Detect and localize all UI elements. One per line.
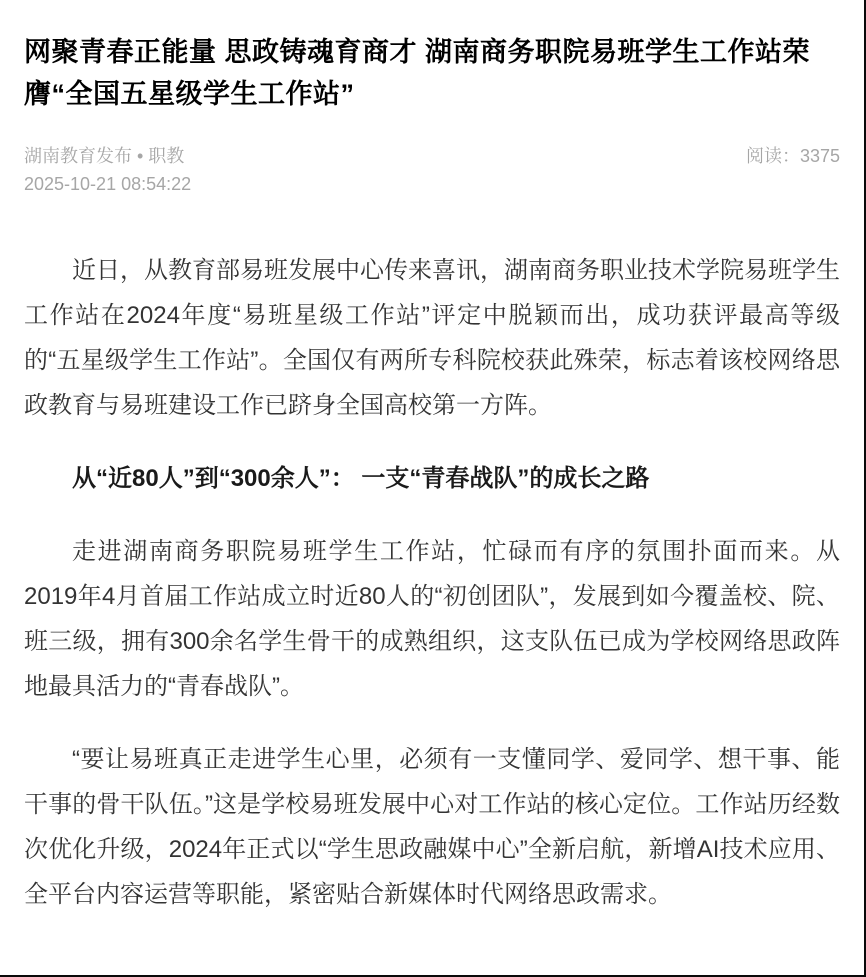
paragraph-growth: 走进湖南商务职院易班学生工作站，忙碌而有序的氛围扑面而来。从2019年4月首届工… [24, 529, 840, 709]
article-datetime: 2025-10-21 08:54:22 [24, 170, 191, 198]
paragraph-intro: 近日，从教育部易班发展中心传来喜讯，湖南商务职业技术学院易班学生工作站在2024… [24, 248, 840, 428]
section-heading-growth: 从“近80人”到“300余人”： 一支“青春战队”的成长之路 [24, 456, 840, 501]
article-title: 网聚青春正能量 思政铸魂育商才 湖南商务职院易班学生工作站荣膺“全国五星级学生工… [24, 31, 840, 115]
read-count: 阅读：3375 [746, 142, 840, 170]
article-meta-left: 湖南教育发布 • 职教 2025-10-21 08:54:22 [24, 142, 191, 198]
article-meta-row: 湖南教育发布 • 职教 2025-10-21 08:54:22 阅读：3375 [24, 142, 840, 198]
article-page: 网聚青春正能量 思政铸魂育商才 湖南商务职院易班学生工作站荣膺“全国五星级学生工… [0, 0, 864, 917]
paragraph-positioning: “要让易班真正走进学生心里，必须有一支懂同学、爱同学、想干事、能干事的骨干队伍。… [24, 737, 840, 917]
article-source: 湖南教育发布 • 职教 [24, 142, 191, 170]
